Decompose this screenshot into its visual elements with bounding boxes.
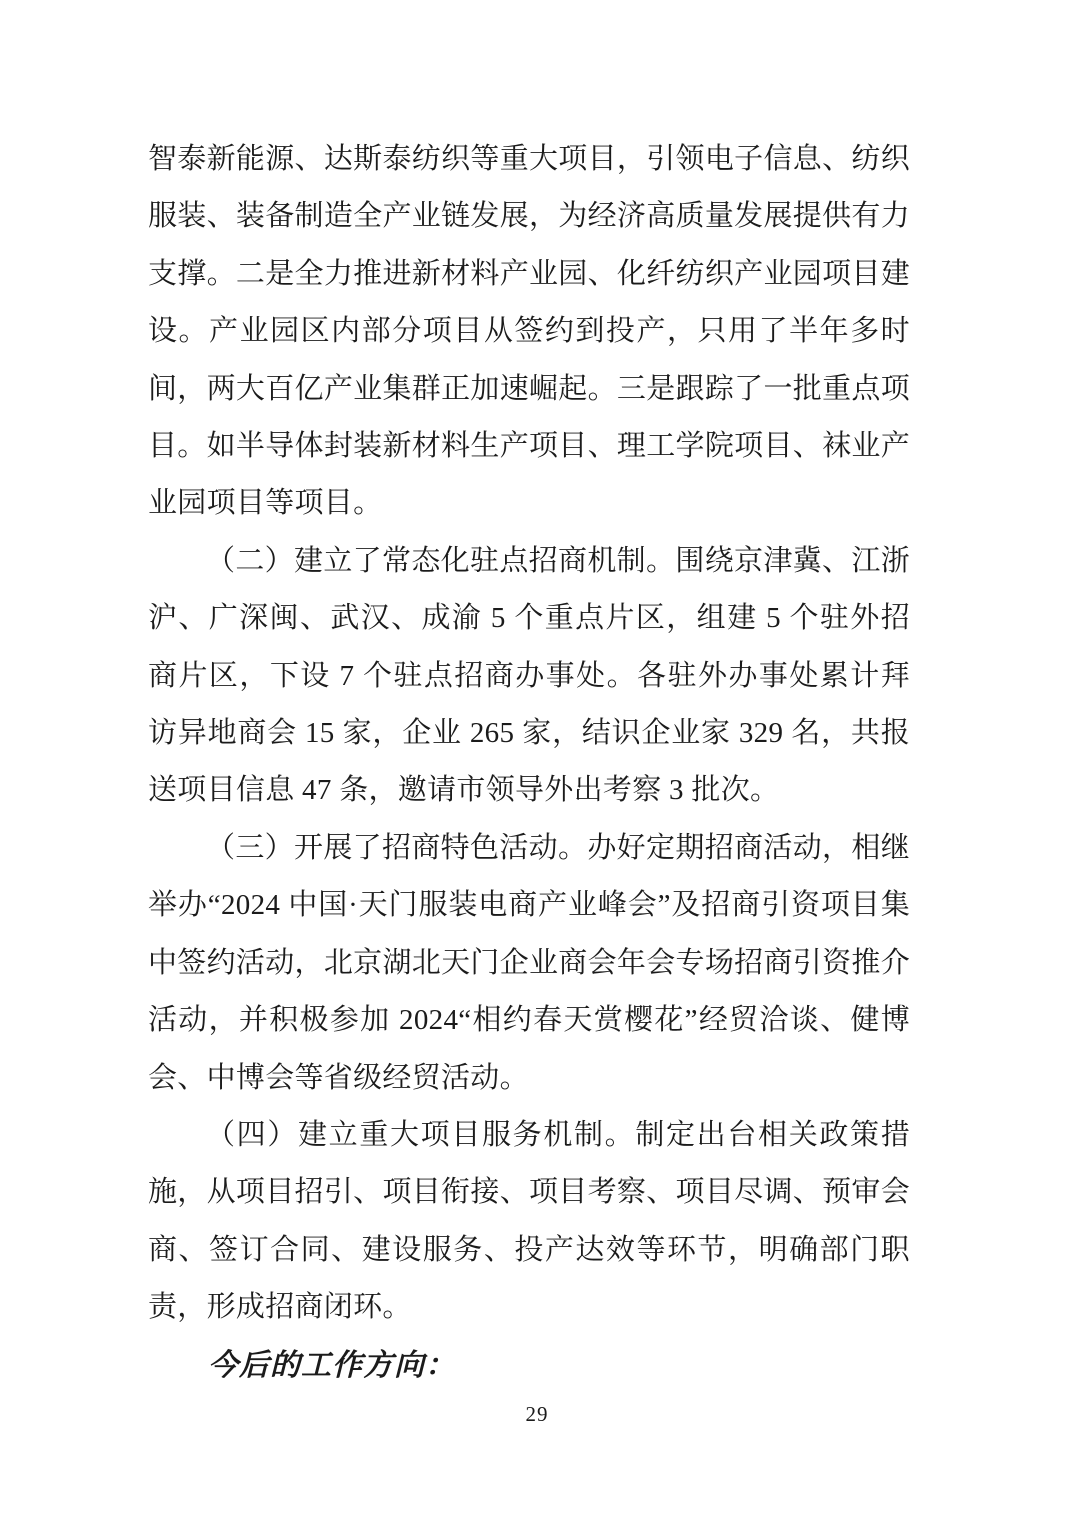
document-page: 智泰新能源、达斯泰纺织等重大项目，引领电子信息、纺织服装、装备制造全产业链发展，… bbox=[0, 0, 1074, 1520]
section-heading-future-work: 今后的工作方向： bbox=[148, 1337, 910, 1394]
body-paragraph-section-three: （三）开展了招商特色活动。办好定期招商活动，相继举办“2024 中国·天门服装电… bbox=[148, 820, 910, 1107]
body-paragraph-continuation: 智泰新能源、达斯泰纺织等重大项目，引领电子信息、纺织服装、装备制造全产业链发展，… bbox=[148, 131, 910, 533]
text-block: 智泰新能源、达斯泰纺织等重大项目，引领电子信息、纺织服装、装备制造全产业链发展，… bbox=[148, 131, 910, 1394]
body-paragraph-section-two: （二）建立了常态化驻点招商机制。围绕京津冀、江浙沪、广深闽、武汉、成渝 5 个重… bbox=[148, 533, 910, 820]
page-number: 29 bbox=[0, 1402, 1074, 1427]
body-paragraph-section-four: （四）建立重大项目服务机制。制定出台相关政策措施，从项目招引、项目衔接、项目考察… bbox=[148, 1107, 910, 1337]
